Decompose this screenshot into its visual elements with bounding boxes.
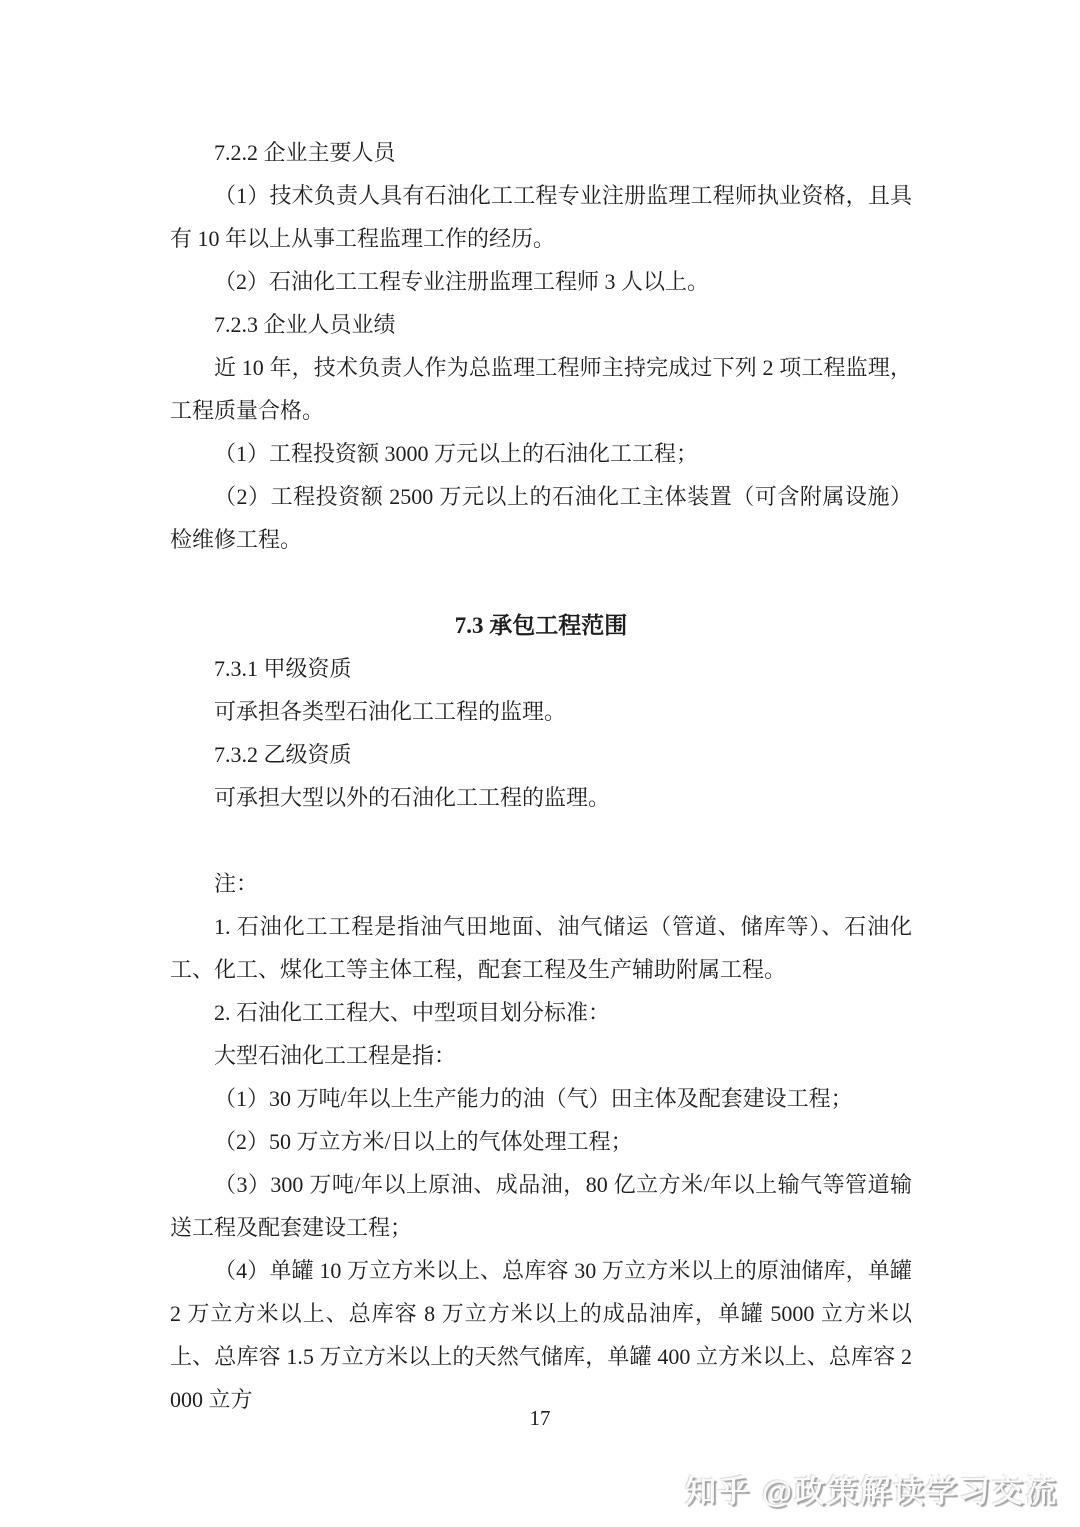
paragraph: （1）30 万吨/年以上生产能力的油（气）田主体及配套建设工程； bbox=[170, 1077, 912, 1120]
paragraph: 7.2.2 企业主要人员 bbox=[170, 131, 912, 174]
page-number: 17 bbox=[0, 1406, 1080, 1431]
paragraph: 大型石油化工工程是指： bbox=[170, 1034, 912, 1077]
paragraph: 7.2.3 企业人员业绩 bbox=[170, 303, 912, 346]
document-content: 7.2.2 企业主要人员（1）技术负责人具有石油化工工程专业注册监理工程师执业资… bbox=[170, 131, 912, 1421]
paragraph: （4）单罐 10 万立方米以上、总库容 30 万立方米以上的原油储库，单罐 2 … bbox=[170, 1249, 912, 1421]
document-page: 7.2.2 企业主要人员（1）技术负责人具有石油化工工程专业注册监理工程师执业资… bbox=[0, 0, 1080, 1527]
paragraph: 可承担各类型石油化工工程的监理。 bbox=[170, 690, 912, 733]
paragraph: （3）300 万吨/年以上原油、成品油，80 亿立方米/年以上输气等管道输送工程… bbox=[170, 1163, 912, 1249]
paragraph: 1. 石油化工工程是指油气田地面、油气储运（管道、储库等）、石油化工、化工、煤化… bbox=[170, 905, 912, 991]
paragraph: 注： bbox=[170, 862, 912, 905]
paragraph: 7.3.2 乙级资质 bbox=[170, 733, 912, 776]
paragraph: （2）石油化工工程专业注册监理工程师 3 人以上。 bbox=[170, 260, 912, 303]
paragraph: 7.3.1 甲级资质 bbox=[170, 647, 912, 690]
paragraph: （2）工程投资额 2500 万元以上的石油化工主体装置（可含附属设施）检维修工程… bbox=[170, 475, 912, 561]
paragraph: （1）工程投资额 3000 万元以上的石油化工工程； bbox=[170, 432, 912, 475]
section-heading: 7.3 承包工程范围 bbox=[170, 604, 912, 647]
paragraph: （2）50 万立方米/日以上的气体处理工程； bbox=[170, 1120, 912, 1163]
zhihu-watermark: 知乎 @政策解读学习交流 bbox=[685, 1466, 1058, 1511]
paragraph: （1）技术负责人具有石油化工工程专业注册监理工程师执业资格，且具有 10 年以上… bbox=[170, 174, 912, 260]
paragraph: 2. 石油化工工程大、中型项目划分标准： bbox=[170, 991, 912, 1034]
paragraph: 近 10 年，技术负责人作为总监理工程师主持完成过下列 2 项工程监理，工程质量… bbox=[170, 346, 912, 432]
paragraph: 可承担大型以外的石油化工工程的监理。 bbox=[170, 776, 912, 819]
